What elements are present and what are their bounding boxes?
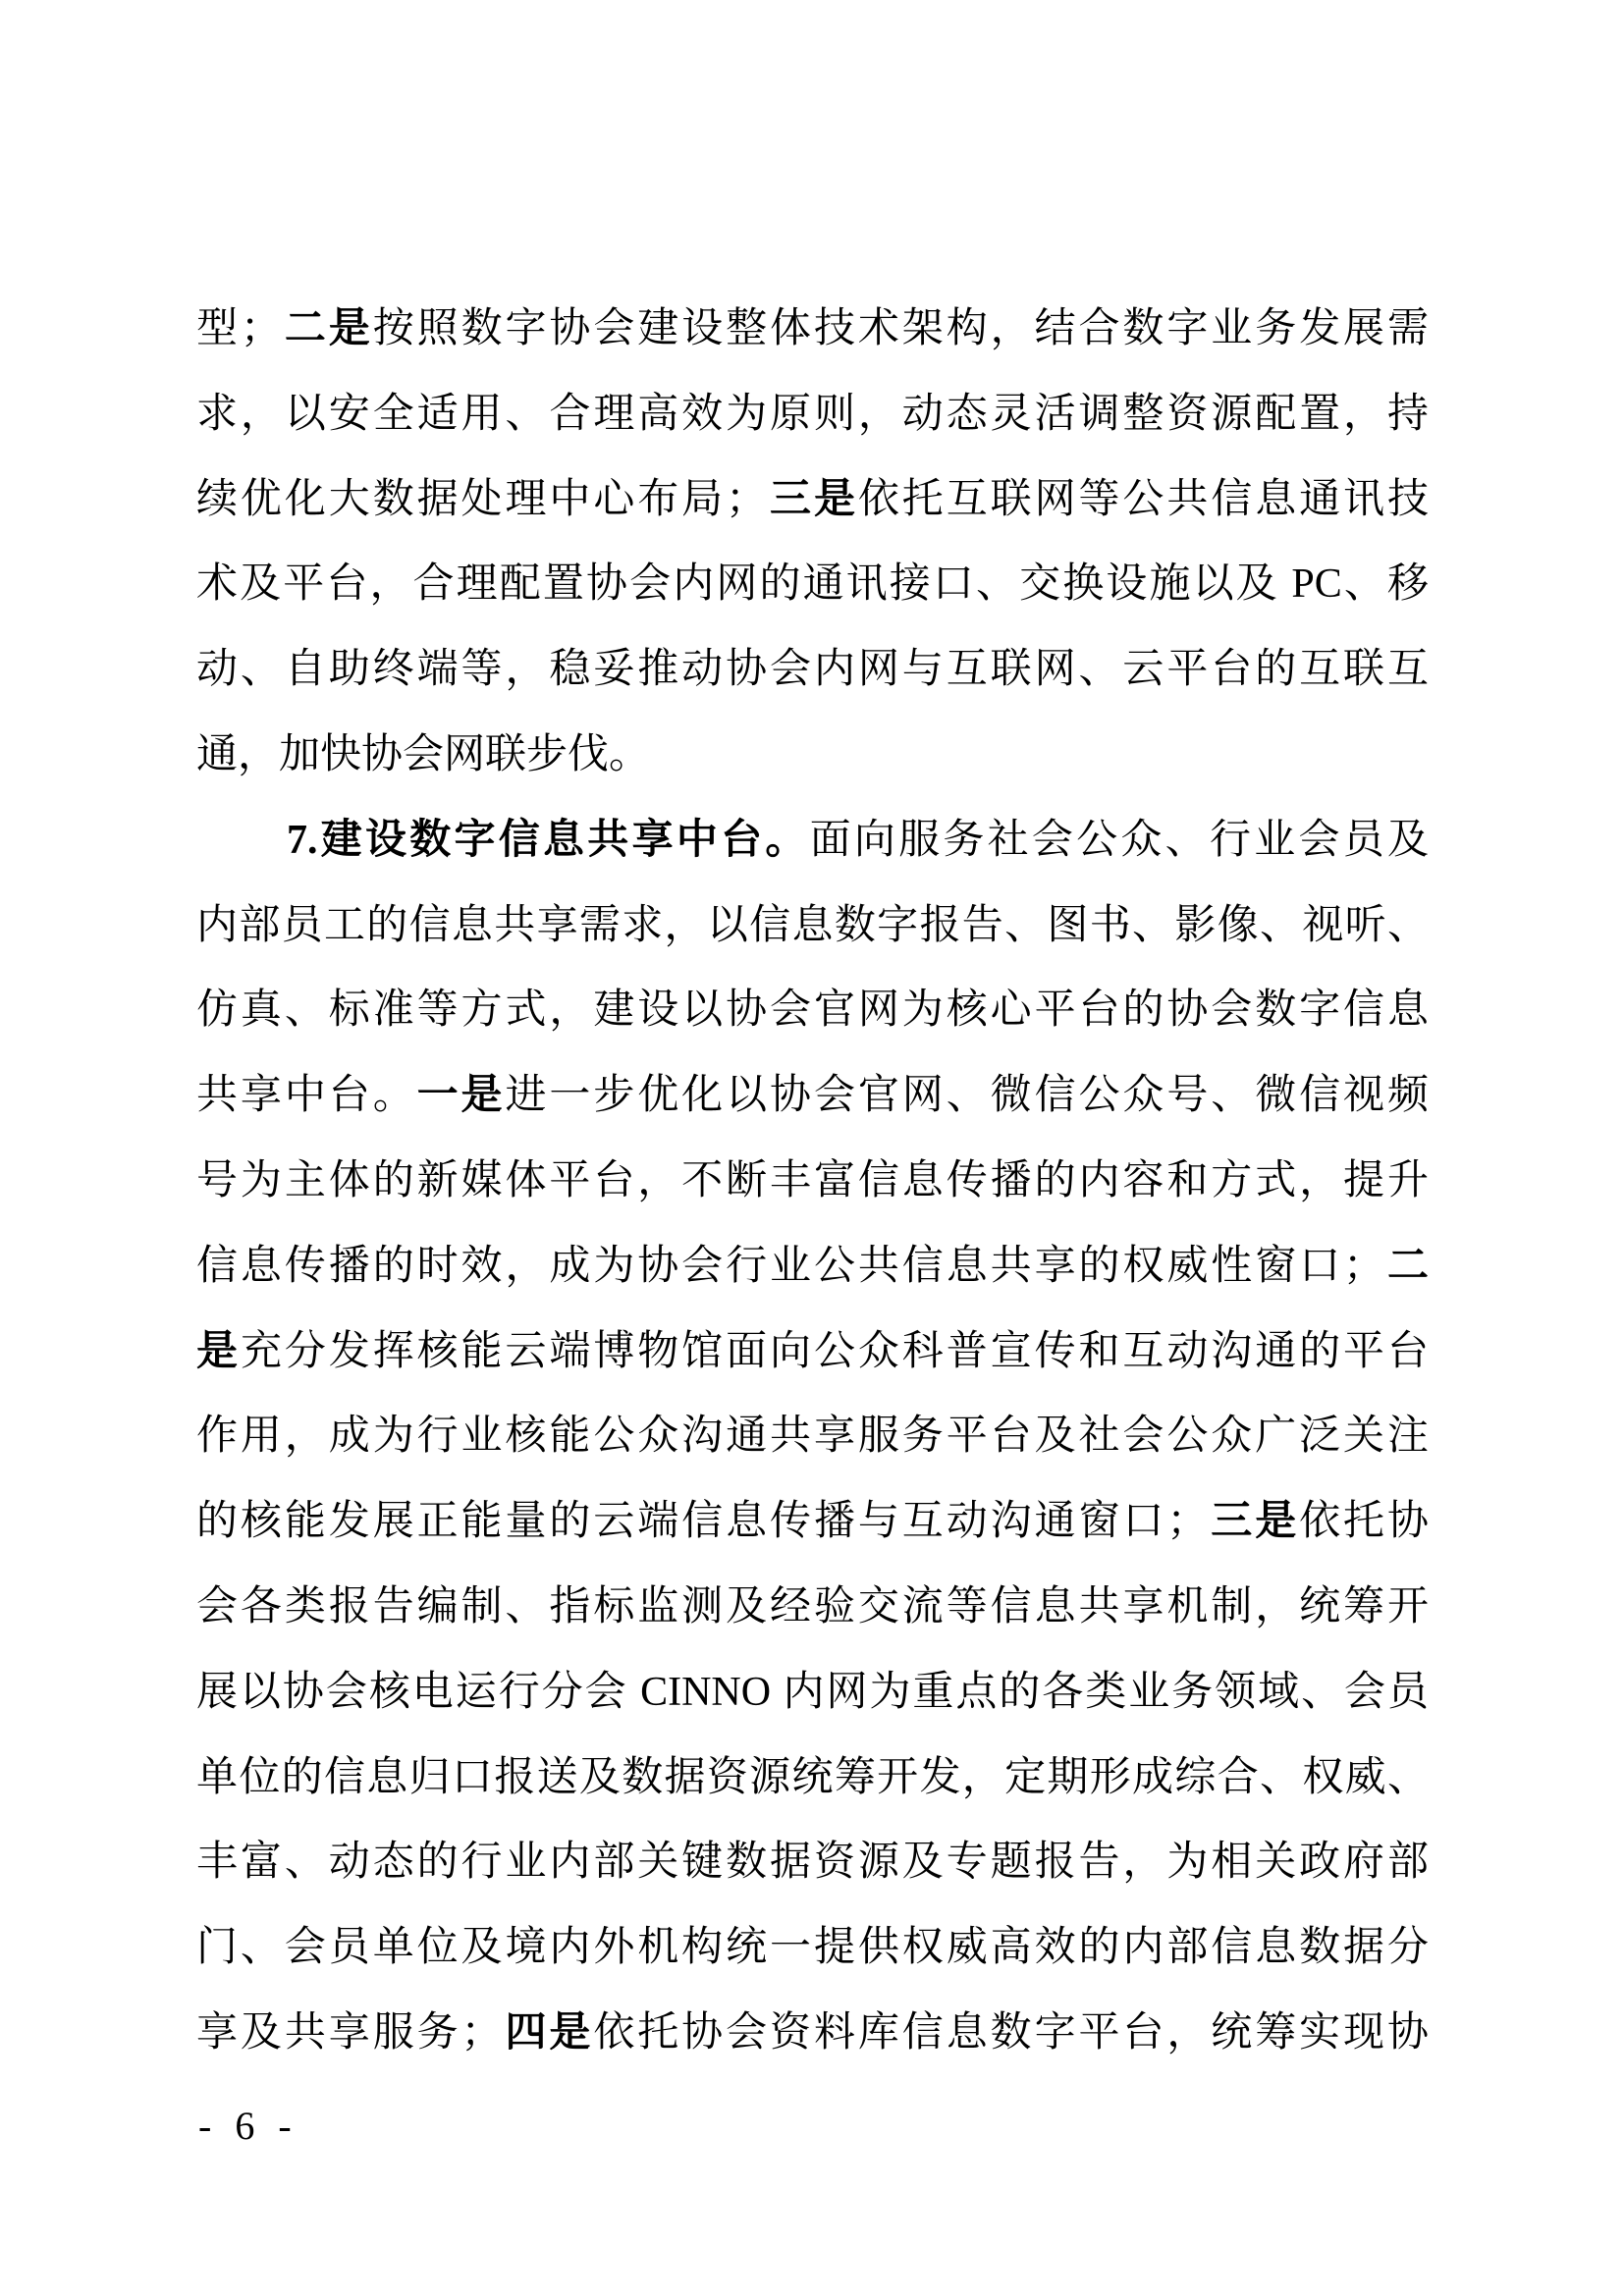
text-segment: 仿真、标准等方式，建设以协会官网为核心平台的协会数字信息 — [196, 988, 1429, 1033]
document-page: 型；二是按照数字协会建设整体技术架构，结合数字业务发展需求，以安全适用、合理高效… — [0, 0, 1624, 2296]
bold-emphasis: 二 — [1384, 1244, 1429, 1289]
text-segment: 进一步优化以协会官网、微信公众号、微信视频 — [505, 1073, 1429, 1118]
text-segment: 按照数字协会建设整体技术架构，结合数字业务发展需 — [373, 306, 1429, 351]
text-segment: 展以协会核电运行分会 CINNO 内网为重点的各类业务领域、会员 — [196, 1670, 1429, 1715]
text-segment: 单位的信息归口报送及数据资源统筹开发，定期形成综合、权威、 — [196, 1755, 1429, 1800]
text-line: 共享中台。一是进一步优化以协会官网、微信公众号、微信视频 — [196, 1053, 1429, 1139]
text-segment: 门、会员单位及境内外机构统一提供权威高效的内部信息数据分 — [196, 1925, 1429, 1970]
bold-emphasis: 一是 — [417, 1073, 506, 1118]
text-segment: 共享中台。 — [196, 1073, 417, 1118]
text-line: 会各类报告编制、指标监测及经验交流等信息共享机制，统筹开 — [196, 1565, 1429, 1650]
body-text: 型；二是按照数字协会建设整体技术架构，结合数字业务发展需求，以安全适用、合理高效… — [196, 287, 1429, 2076]
text-segment: 内部员工的信息共享需求，以信息数字报告、图书、影像、视听、 — [196, 903, 1429, 948]
text-line: 门、会员单位及境内外机构统一提供权威高效的内部信息数据分 — [196, 1905, 1429, 1991]
text-line: 单位的信息归口报送及数据资源统筹开发，定期形成综合、权威、 — [196, 1735, 1429, 1821]
text-line: 丰富、动态的行业内部关键数据资源及专题报告，为相关政府部 — [196, 1820, 1429, 1905]
text-line: 仿真、标准等方式，建设以协会官网为核心平台的协会数字信息 — [196, 968, 1429, 1053]
text-segment: 享及共享服务； — [196, 2010, 503, 2056]
text-segment: 充分发挥核能云端博物馆面向公众科普宣传和互动沟通的平台 — [241, 1329, 1429, 1374]
text-segment: 作用，成为行业核能公众沟通共享服务平台及社会公众广泛关注 — [196, 1414, 1429, 1459]
text-line: 展以协会核电运行分会 CINNO 内网为重点的各类业务领域、会员 — [196, 1650, 1429, 1735]
text-line: 动、自助终端等，稳妥推动协会内网与互联网、云平台的互联互 — [196, 627, 1429, 713]
text-segment: 依托协会资料库信息数字平台，统筹实现协 — [593, 2010, 1429, 2056]
page-number: - 6 - — [198, 2097, 298, 2156]
text-segment: 依托互联网等公共信息通讯技 — [858, 477, 1429, 522]
bold-emphasis: 7.建设数字信息共享中台。 — [287, 818, 810, 863]
text-line: 7.建设数字信息共享中台。面向服务社会公众、行业会员及 — [196, 798, 1429, 883]
text-segment: 动、自助终端等，稳妥推动协会内网与互联网、云平台的互联互 — [196, 647, 1429, 692]
text-segment: 通，加快协会网联步伐。 — [196, 732, 650, 777]
text-line: 享及共享服务；四是依托协会资料库信息数字平台，统筹实现协 — [196, 1991, 1429, 2076]
text-line: 续优化大数据处理中心布局；三是依托互联网等公共信息通讯技 — [196, 457, 1429, 543]
text-line: 型；二是按照数字协会建设整体技术架构，结合数字业务发展需 — [196, 287, 1429, 372]
text-line: 求，以安全适用、合理高效为原则，动态灵活调整资源配置，持 — [196, 372, 1429, 457]
text-segment: 信息传播的时效，成为协会行业公共信息共享的权威性窗口； — [196, 1244, 1384, 1289]
text-line: 作用，成为行业核能公众沟通共享服务平台及社会公众广泛关注 — [196, 1394, 1429, 1479]
text-segment: 的核能发展正能量的云端信息传播与互动沟通窗口； — [196, 1499, 1208, 1544]
text-segment: 号为主体的新媒体平台，不断丰富信息传播的内容和方式，提升 — [196, 1158, 1429, 1203]
text-segment: 续优化大数据处理中心布局； — [196, 477, 767, 522]
bold-emphasis: 是 — [196, 1329, 241, 1374]
text-segment: 依托协 — [1299, 1499, 1429, 1544]
bold-emphasis: 三是 — [767, 477, 858, 522]
bold-emphasis: 四是 — [503, 2010, 594, 2056]
text-segment: 丰富、动态的行业内部关键数据资源及专题报告，为相关政府部 — [196, 1840, 1429, 1885]
text-line: 号为主体的新媒体平台，不断丰富信息传播的内容和方式，提升 — [196, 1139, 1429, 1224]
text-line: 内部员工的信息共享需求，以信息数字报告、图书、影像、视听、 — [196, 883, 1429, 969]
text-line: 术及平台，合理配置协会内网的通讯接口、交换设施以及 PC、移 — [196, 542, 1429, 627]
bold-emphasis: 三是 — [1208, 1499, 1299, 1544]
text-segment: 型； — [196, 306, 282, 351]
text-segment: 术及平台，合理配置协会内网的通讯接口、交换设施以及 PC、移 — [196, 561, 1429, 607]
bold-emphasis: 二是 — [282, 306, 373, 351]
text-line: 的核能发展正能量的云端信息传播与互动沟通窗口；三是依托协 — [196, 1479, 1429, 1565]
text-segment: 会各类报告编制、指标监测及经验交流等信息共享机制，统筹开 — [196, 1584, 1429, 1629]
text-line: 信息传播的时效，成为协会行业公共信息共享的权威性窗口；二 — [196, 1224, 1429, 1309]
text-segment: 求，以安全适用、合理高效为原则，动态灵活调整资源配置，持 — [196, 392, 1429, 437]
text-line: 是充分发挥核能云端博物馆面向公众科普宣传和互动沟通的平台 — [196, 1309, 1429, 1395]
text-segment: 面向服务社会公众、行业会员及 — [810, 818, 1429, 863]
text-line: 通，加快协会网联步伐。 — [196, 713, 1429, 798]
